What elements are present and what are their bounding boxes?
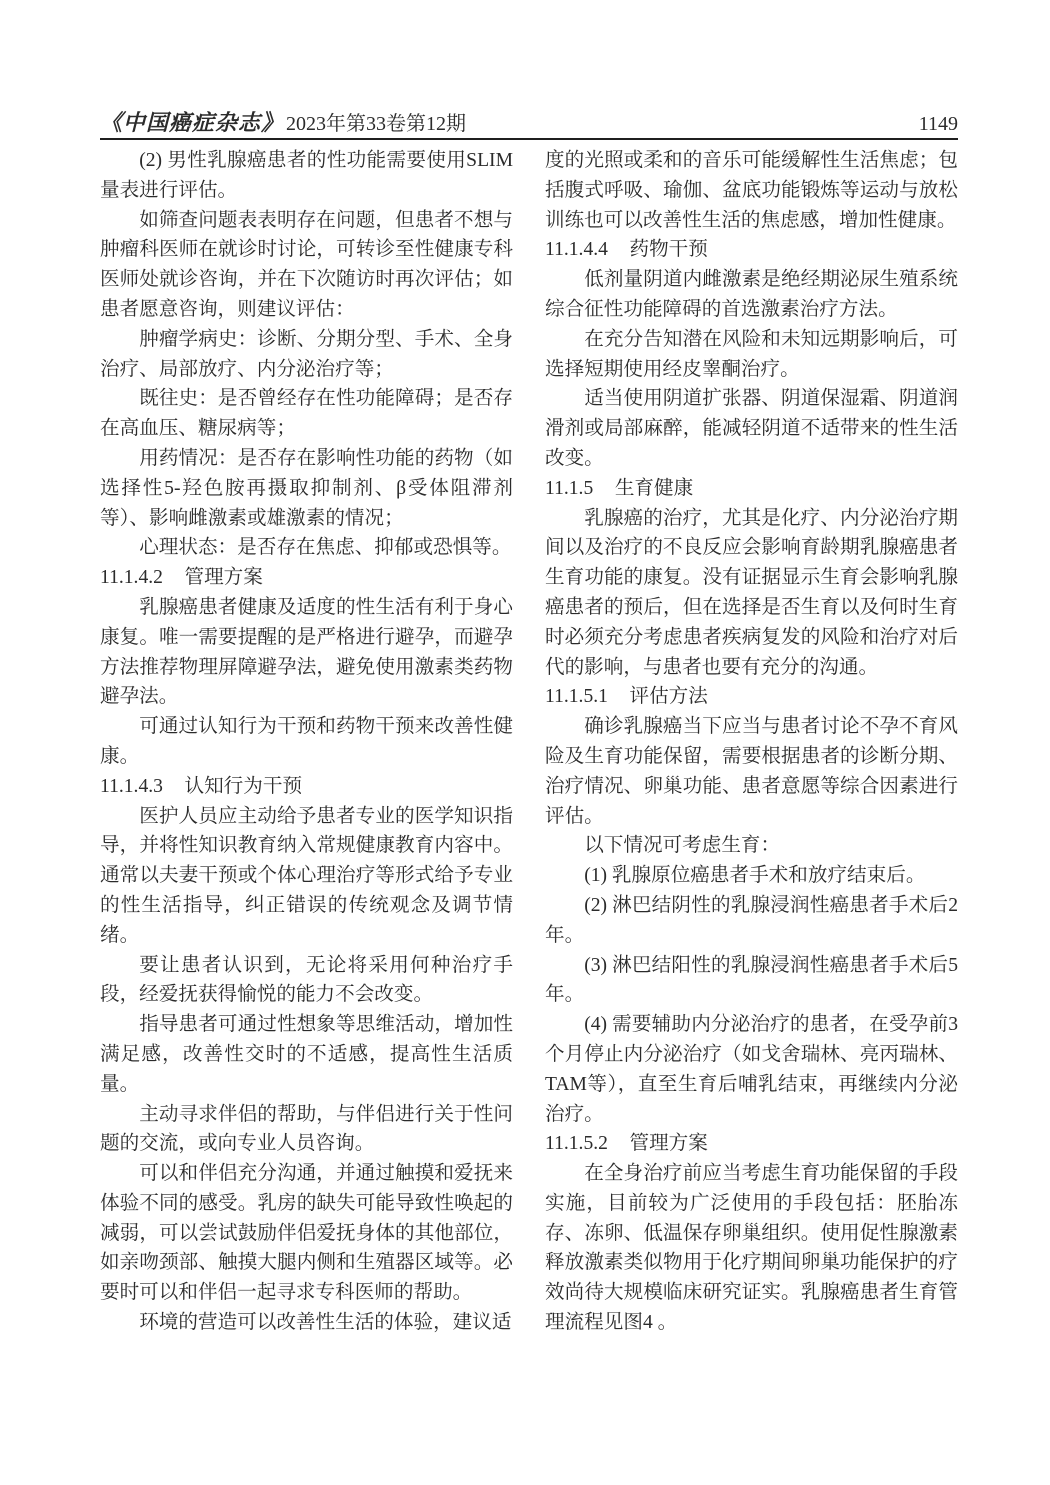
paragraph: 低剂量阴道内雌激素是绝经期泌尿生殖系统综合征性功能障碍的首选激素治疗方法。 [545,265,958,325]
section-number: 11.1.5.1 [545,686,608,707]
section-title: 药物干预 [630,239,708,260]
section-heading: 11.1.4.4药物干预 [545,235,958,265]
paragraph: 既往史：是否曾经存在性功能障碍；是否存在高血压、糖尿病等； [100,384,513,444]
left-column: (2) 男性乳腺癌患者的性功能需要使用SLIM量表进行评估。如筛查问题表表明存在… [100,146,513,1338]
paragraph: 医护人员应主动给予患者专业的医学知识指导，并将性知识教育纳入常规健康教育内容中。… [100,802,513,951]
paragraph: 可通过认知行为干预和药物干预来改善性健康。 [100,712,513,772]
section-number: 11.1.4.3 [100,776,163,797]
paragraph: 乳腺癌的治疗，尤其是化疗、内分泌治疗期间以及治疗的不良反应会影响育龄期乳腺癌患者… [545,504,958,683]
journal-title: 《中国癌症杂志》 [100,110,284,135]
section-heading: 11.1.4.3认知行为干预 [100,772,513,802]
section-number: 11.1.5.2 [545,1133,608,1154]
issue-info: 2023年第33卷第12期 [286,113,466,135]
paragraph: (2) 淋巴结阴性的乳腺浸润性癌患者手术后2年。 [545,891,958,951]
paragraph: 要让患者认识到，无论将采用何种治疗手段，经爱抚获得愉悦的能力不会改变。 [100,951,513,1011]
paragraph: 环境的营造可以改善性生活的体验，建议适 [100,1308,513,1338]
paragraph: 以下情况可考虑生育： [545,831,958,861]
section-title: 管理方案 [185,567,263,588]
paragraph: (1) 乳腺原位癌患者手术和放疗结束后。 [545,861,958,891]
paragraph: 指导患者可通过性想象等思维活动，增加性满足感，改善性交时的不适感，提高性生活质量… [100,1010,513,1099]
right-column: 度的光照或柔和的音乐可能缓解性生活焦虑；包括腹式呼吸、瑜伽、盆底功能锻炼等运动与… [545,146,958,1338]
section-heading: 11.1.5生育健康 [545,474,958,504]
section-title: 生育健康 [615,478,693,499]
paragraph: (4) 需要辅助内分泌治疗的患者，在受孕前3个月停止内分泌治疗（如戈舍瑞林、亮丙… [545,1010,958,1129]
section-title: 评估方法 [630,686,708,707]
section-heading: 11.1.5.2管理方案 [545,1129,958,1159]
section-title: 认知行为干预 [185,776,303,797]
section-number: 11.1.4.4 [545,239,608,260]
paragraph: 可以和伴侣充分沟通，并通过触摸和爱抚来体验不同的感受。乳房的缺失可能导致性唤起的… [100,1159,513,1308]
section-heading: 11.1.5.1评估方法 [545,682,958,712]
section-title: 管理方案 [630,1133,708,1154]
paragraph: 度的光照或柔和的音乐可能缓解性生活焦虑；包括腹式呼吸、瑜伽、盆底功能锻炼等运动与… [545,146,958,235]
section-heading: 11.1.4.2管理方案 [100,563,513,593]
paragraph: 肿瘤学病史：诊断、分期分型、手术、全身治疗、局部放疗、内分泌治疗等； [100,325,513,385]
paragraph: (3) 淋巴结阳性的乳腺浸润性癌患者手术后5年。 [545,951,958,1011]
header-left: 《中国癌症杂志》2023年第33卷第12期 [100,106,466,137]
two-column-content: (2) 男性乳腺癌患者的性功能需要使用SLIM量表进行评估。如筛查问题表表明存在… [100,146,958,1338]
paragraph: 主动寻求伴侣的帮助，与伴侣进行关于性问题的交流，或向专业人员咨询。 [100,1100,513,1160]
header-rule [100,138,958,140]
page-number: 1149 [919,113,958,136]
section-number: 11.1.4.2 [100,567,163,588]
paragraph: (2) 男性乳腺癌患者的性功能需要使用SLIM量表进行评估。 [100,146,513,206]
paragraph: 如筛查问题表表明存在问题，但患者不想与肿瘤科医师在就诊时讨论，可转诊至性健康专科… [100,206,513,325]
paragraph: 适当使用阴道扩张器、阴道保湿霜、阴道润滑剂或局部麻醉，能减轻阴道不适带来的性生活… [545,384,958,473]
page-header: 《中国癌症杂志》2023年第33卷第12期 1149 [100,106,958,137]
section-number: 11.1.5 [545,478,593,499]
paragraph: 在全身治疗前应当考虑生育功能保留的手段实施，目前较为广泛使用的手段包括：胚胎冻存… [545,1159,958,1338]
paragraph: 心理状态：是否存在焦虑、抑郁或恐惧等。 [100,533,513,563]
paragraph: 在充分告知潜在风险和未知远期影响后，可选择短期使用经皮睾酮治疗。 [545,325,958,385]
paragraph: 用药情况：是否存在影响性功能的药物（如选择性5-羟色胺再摄取抑制剂、β受体阻滞剂… [100,444,513,533]
paragraph: 确诊乳腺癌当下应当与患者讨论不孕不育风险及生育功能保留，需要根据患者的诊断分期、… [545,712,958,831]
journal-page: 《中国癌症杂志》2023年第33卷第12期 1149 (2) 男性乳腺癌患者的性… [0,0,1050,1485]
paragraph: 乳腺癌患者健康及适度的性生活有利于身心康复。唯一需要提醒的是严格进行避孕，而避孕… [100,593,513,712]
